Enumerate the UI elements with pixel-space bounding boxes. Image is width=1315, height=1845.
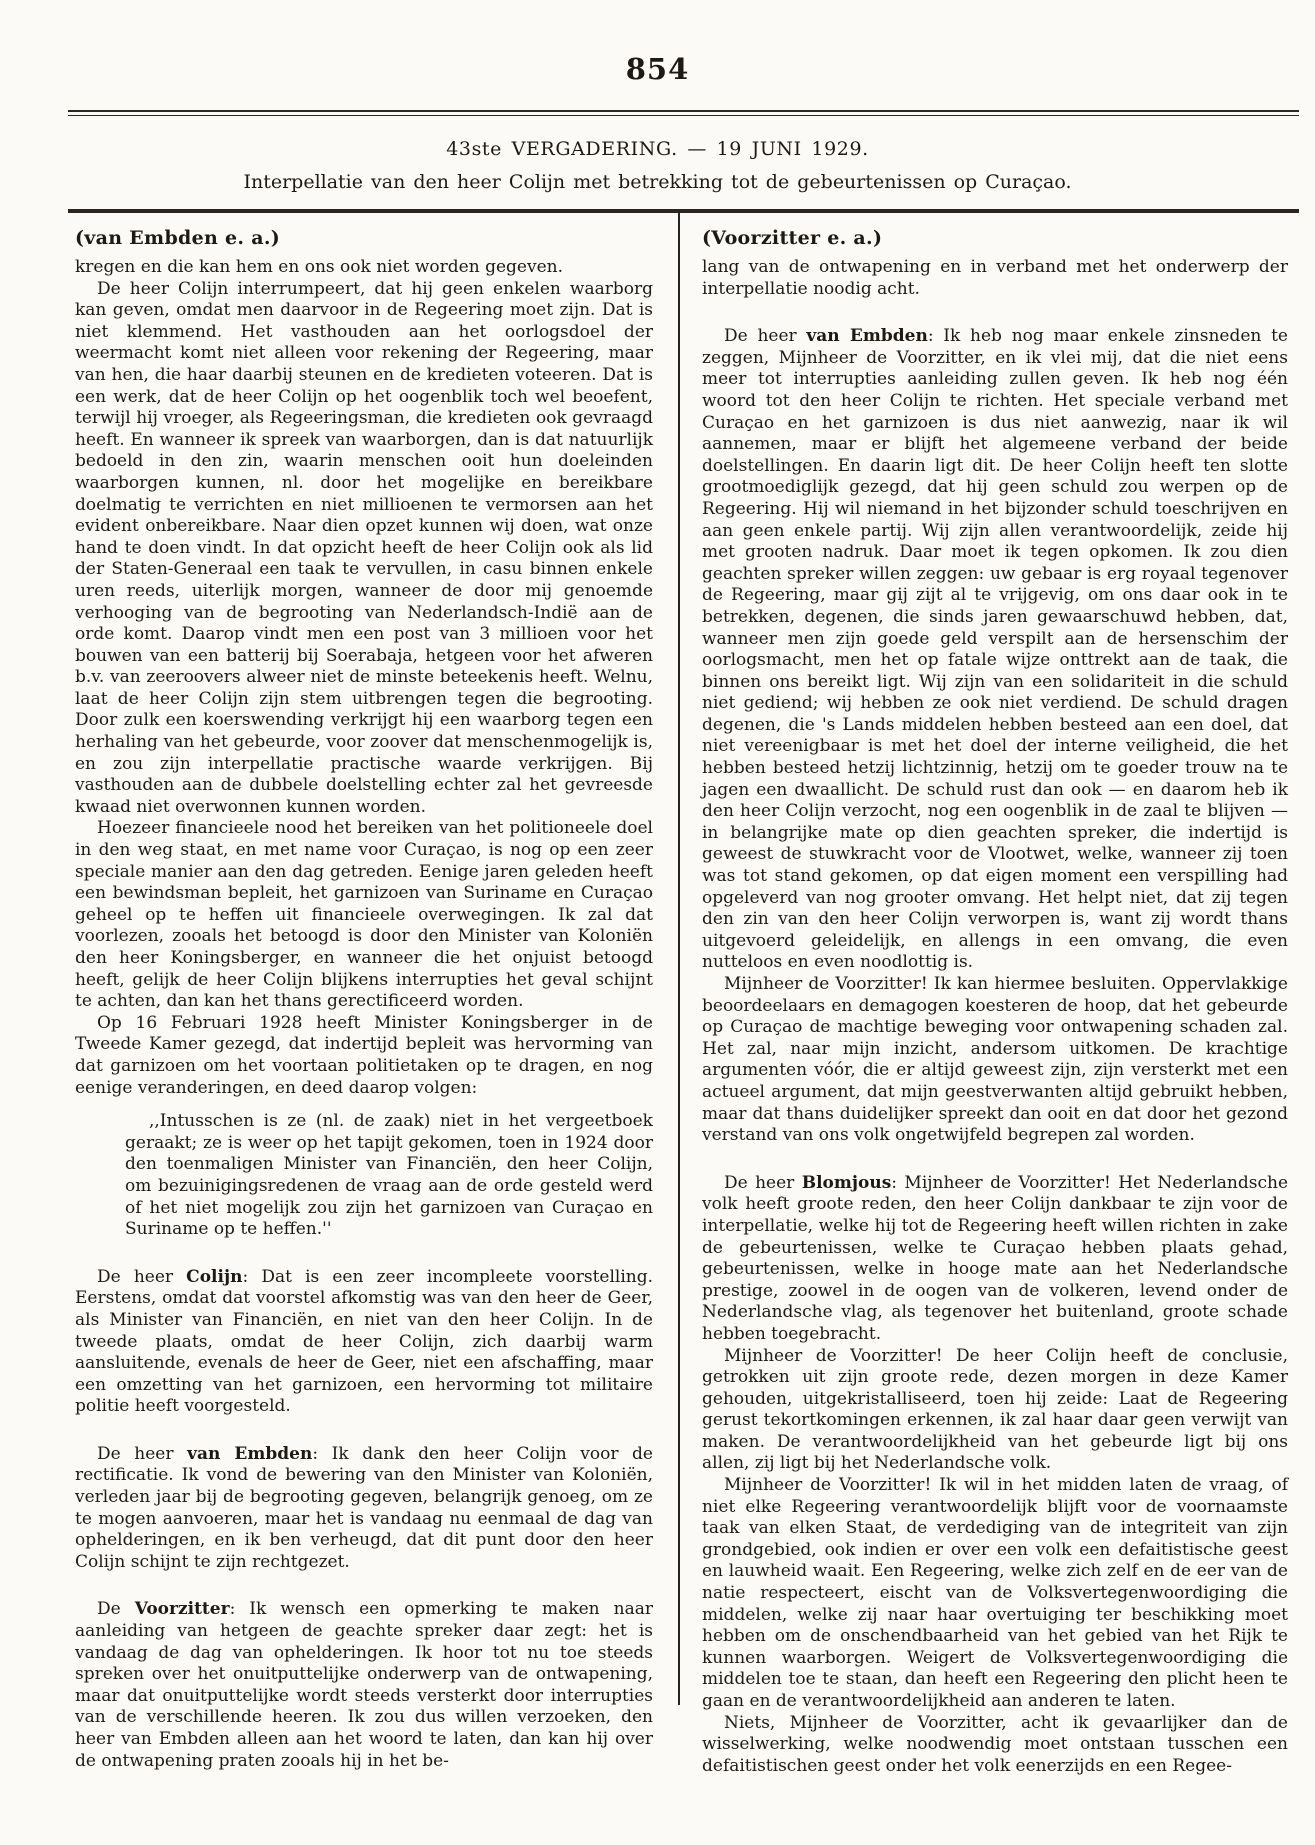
right-column-text: lang van de ontwapening en in verband me… [702, 257, 1288, 1777]
paragraph-text: Op 16 Februari 1928 heeft Minister Konin… [75, 1013, 653, 1098]
speaker-name: Voorzitter [135, 1599, 230, 1619]
paragraph: kregen en die kan hem en ons ook niet wo… [75, 257, 653, 279]
paragraph-text: Mijnheer de Voorzitter! Ik wil in het mi… [702, 1475, 1288, 1711]
paragraph-text: De heer [97, 1267, 186, 1287]
speaker-name: van Embden [187, 1444, 312, 1464]
paragraph: Op 16 Februari 1928 heeft Minister Konin… [75, 1013, 653, 1099]
paragraph-text: Mijnheer de Voorzitter! De heer Colijn h… [702, 1346, 1288, 1474]
two-column-body: (van Embden e. a.) kregen en die kan hem… [0, 227, 1315, 1777]
left-column-text: kregen en die kan hem en ons ook niet wo… [75, 257, 653, 1772]
paragraph-text: : Ik wensch een opmerking te maken naar … [75, 1599, 653, 1770]
paragraph-text: De heer Colijn interrumpeert, dat hij ge… [75, 279, 653, 817]
column-divider [678, 213, 680, 1705]
paragraph: Mijnheer de Voorzitter! Ik kan hiermee b… [702, 974, 1288, 1147]
left-column: (van Embden e. a.) kregen en die kan hem… [75, 227, 653, 1772]
speech-paragraph: De heer Blomjous: Mijnheer de Voorzitter… [702, 1173, 1288, 1346]
right-column-header: (Voorzitter e. a.) [702, 227, 1288, 249]
paragraph-text: : Mijnheer de Voorzitter! Het Nederlands… [702, 1173, 1288, 1344]
paragraph-text: De heer [97, 1444, 187, 1464]
header-rule [68, 209, 1299, 213]
paragraph-text: De heer [724, 1173, 802, 1193]
speech-paragraph: De Voorzitter: Ik wensch een opmerking t… [75, 1599, 653, 1772]
speaker-name: Colijn [186, 1267, 242, 1287]
double-rule [68, 110, 1299, 116]
right-column: (Voorzitter e. a.) lang van de ontwapeni… [702, 227, 1288, 1777]
paragraph-text: lang van de ontwapening en in verband me… [702, 257, 1288, 299]
paragraph: ,,Intusschen is ze (nl. de zaak) niet in… [125, 1111, 653, 1241]
session-header: 43ste VERGADERING. — 19 JUNI 1929. Inter… [0, 138, 1315, 193]
paragraph: Hoezeer financieele nood het bereiken va… [75, 818, 653, 1012]
speech-paragraph: De heer Colijn: Dat is een zeer incomple… [75, 1267, 653, 1418]
speech-paragraph: De heer van Embden: Ik heb nog maar enke… [702, 326, 1288, 974]
paragraph-text: ,,Intusschen is ze (nl. de zaak) niet in… [125, 1111, 653, 1239]
speaker-name: Blomjous [802, 1173, 892, 1193]
paragraph: Niets, Mijnheer de Voorzitter, acht ik g… [702, 1713, 1288, 1778]
paragraph-text: Hoezeer financieele nood het bereiken va… [75, 818, 653, 1011]
paragraph-text: De [97, 1599, 135, 1619]
speech-paragraph: De heer van Embden: Ik dank den heer Col… [75, 1444, 653, 1574]
paragraph-text: Mijnheer de Voorzitter! Ik kan hiermee b… [702, 974, 1288, 1145]
speaker-name: van Embden [806, 326, 927, 346]
paragraph-text: De heer [724, 326, 806, 346]
paragraph: Mijnheer de Voorzitter! De heer Colijn h… [702, 1346, 1288, 1476]
session-title: 43ste VERGADERING. — 19 JUNI 1929. [0, 138, 1315, 160]
paragraph-text: Niets, Mijnheer de Voorzitter, acht ik g… [702, 1713, 1288, 1776]
paragraph: lang van de ontwapening en in verband me… [702, 257, 1288, 300]
page-number: 854 [0, 0, 1315, 86]
paragraph-text: : Ik heb nog maar enkele zinsneden te ze… [702, 326, 1288, 972]
session-subtitle: Interpellatie van den heer Colijn met be… [0, 171, 1315, 193]
document-page: 854 43ste VERGADERING. — 19 JUNI 1929. I… [0, 0, 1315, 1845]
left-column-header: (van Embden e. a.) [75, 227, 653, 249]
paragraph: De heer Colijn interrumpeert, dat hij ge… [75, 279, 653, 819]
paragraph: Mijnheer de Voorzitter! Ik wil in het mi… [702, 1475, 1288, 1713]
paragraph-text: : Dat is een zeer incompleete voorstelli… [75, 1267, 653, 1417]
paragraph-text: kregen en die kan hem en ons ook niet wo… [75, 257, 563, 277]
